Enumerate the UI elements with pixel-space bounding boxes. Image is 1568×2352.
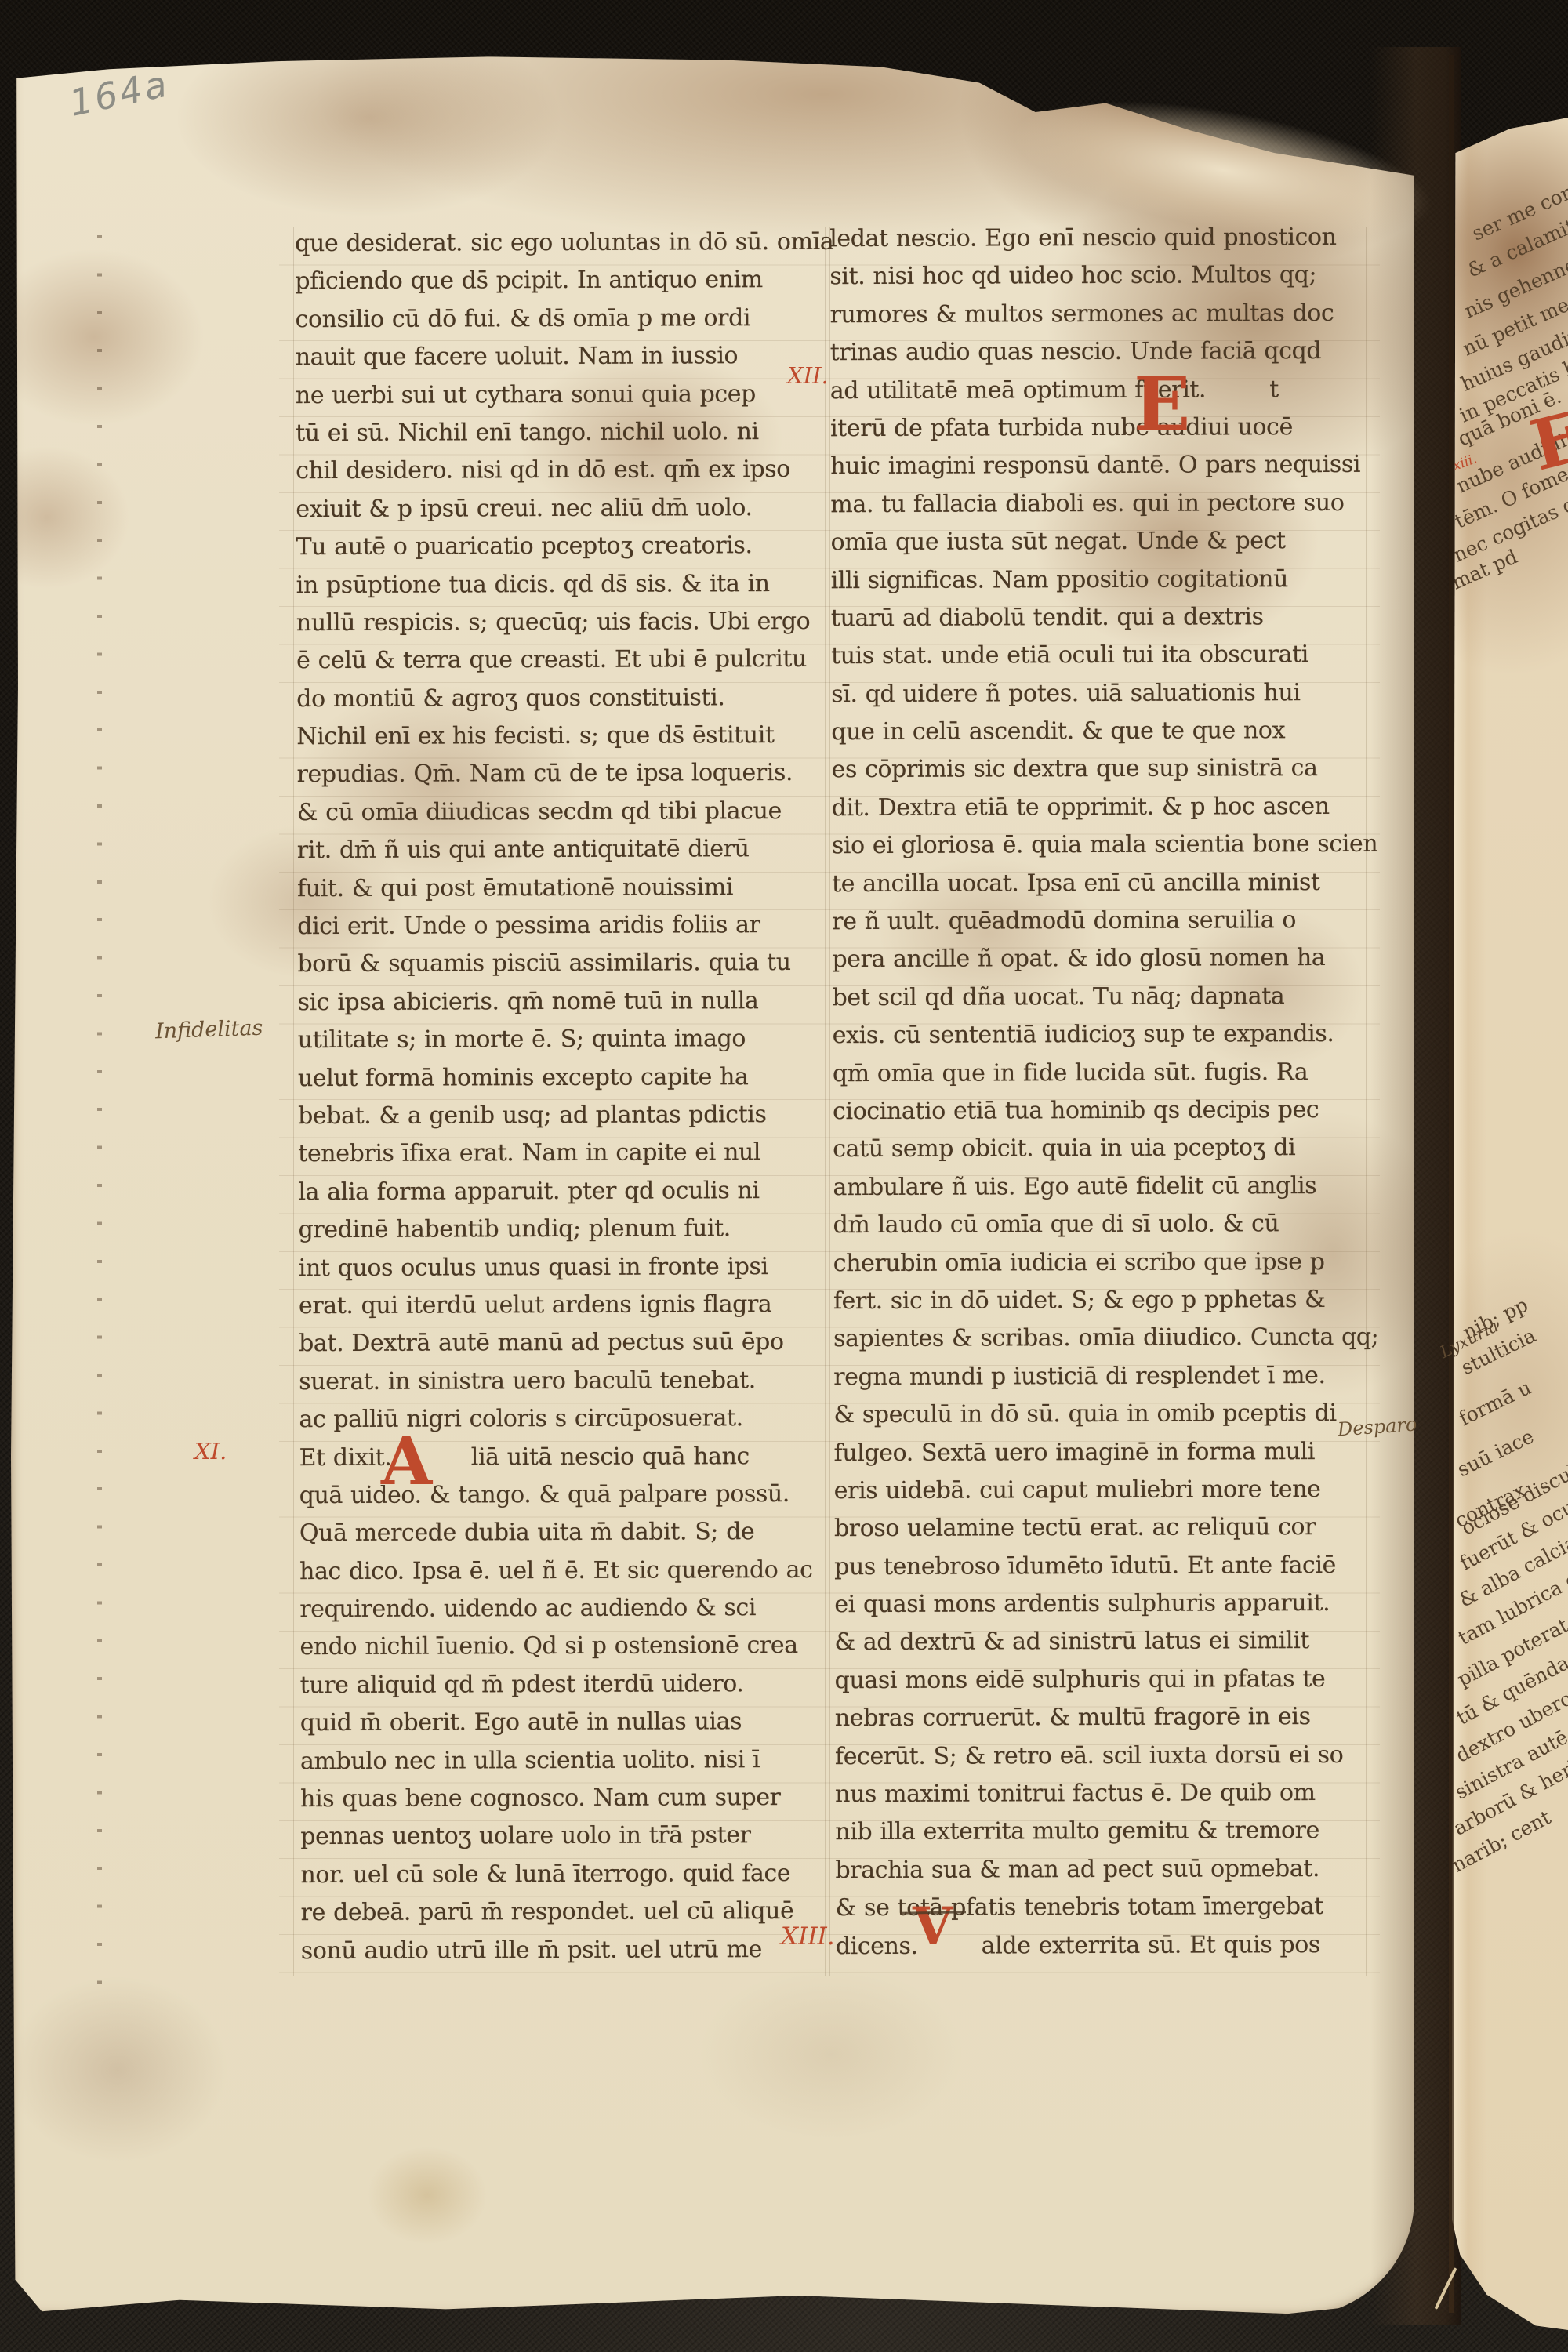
rubric-initial-a: A (381, 1428, 432, 1494)
text-line: int quos oculus unus quasi in fronte ips… (299, 1247, 829, 1287)
text-line: iterū de pfata turbida nube audiui uocē (830, 408, 1363, 448)
text-line: trinas audio quas nescio. Unde faciā qcq… (830, 332, 1363, 372)
text-line: ture aliquid qd m̄ pdest iterdū uidero. (300, 1665, 830, 1705)
gutter-shadow (1370, 47, 1461, 2325)
text-line: la alia forma apparuit. pter qd oculis n… (298, 1172, 828, 1212)
text-line: ne uerbi sui ut cythara sonui quia pcep (296, 375, 826, 415)
text-line: ledat nescio. Ego enī nescio quid pnosti… (829, 219, 1363, 259)
text-line: te ancilla uocat. Ipsa enī cū ancilla mi… (832, 863, 1365, 903)
text-line: sī. qd uidere ñ potes. uiā saluationis h… (831, 674, 1364, 714)
text-line: fert. sic in dō uidet. S; & ego p ppheta… (833, 1281, 1367, 1321)
text-line: regna mundi p iusticiā di resplendet ī m… (833, 1357, 1367, 1397)
text-line: in psūptione tua dicis. qd ds̄ sis. & it… (296, 564, 826, 604)
text-line: ambulo nec in ulla scientia uolito. nisi… (300, 1740, 830, 1780)
text-line: catū semp obicit. quia in uia pceptoʒ di (833, 1129, 1366, 1169)
text-line: sapientes & scribas. omīa diiudico. Cunc… (833, 1319, 1367, 1359)
text-line: quā uideo. & tango. & quā palpare possū. (299, 1475, 829, 1515)
text-line: nullū respicis. s; quecūq; uis facis. Ub… (296, 603, 826, 643)
text-line: bebat. & a genib usq; ad plantas pdictis (298, 1096, 828, 1136)
text-line: Tu autē o puaricatio pceptoʒ creatoris. (296, 527, 826, 567)
text-line: utilitate s; in morte ē. S; quinta imago (298, 1020, 828, 1060)
text-line: tū ei sū. Nichil enī tango. nichil uolo.… (296, 413, 826, 453)
right-page-rubric-initial-e: E (1524, 401, 1568, 481)
text-line: nor. uel cū sole & lunā īterrogo. quid f… (300, 1855, 830, 1895)
text-line: omīa que iusta sūt negat. Unde & pect (830, 522, 1363, 562)
manuscript-right-page: ser me consolare& a calamitatib;nis gehe… (1452, 118, 1568, 2330)
text-line: exis. cū sententiā iudicioʒ sup te expan… (833, 1015, 1366, 1055)
text-line: sonū audio utrū ille m̄ psit. uel utrū m… (301, 1930, 831, 1970)
text-line: sic ipsa abicieris. qm̄ nomē tuū in null… (297, 982, 827, 1022)
text-line: que in celū ascendit. & que te que nox (831, 712, 1364, 752)
text-line: & speculū in dō sū. quia in omib pceptis… (833, 1395, 1367, 1435)
text-line: ciocinatio etiā tua hominib qs decipis p… (833, 1091, 1366, 1131)
text-line: broso uelamine tectū erat. ac reliquū co… (834, 1508, 1367, 1548)
text-line: gredinē habentib undiq; plenum fuit. (299, 1210, 829, 1250)
margin-note-infidelitas: Infidelitas (155, 1016, 263, 1044)
text-line: ad utilitatē meā optimum fuerit. t (830, 370, 1363, 410)
binding-seam (1449, 55, 1454, 2313)
chapter-number-xi: XI. (194, 1438, 227, 1465)
text-column-1: que desiderat. sic ego uoluntas in dō sū… (295, 223, 831, 1970)
text-line: quid m̄ oberit. Ego autē in nullas uias (300, 1703, 830, 1743)
text-line: suerat. in sinistra uero baculū tenebat. (299, 1362, 829, 1402)
text-line: nib illa exterrita multo gemitu & tremor… (835, 1812, 1368, 1852)
text-line: ē celū & terra que creasti. Et ubi ē pul… (296, 641, 826, 681)
text-line: & ad dextrū & ad sinistrū latus ei simil… (834, 1622, 1367, 1662)
text-line: tuarū ad diabolū tendit. qui a dextris (831, 598, 1364, 638)
text-line: dici erit. Unde o pessima aridis foliis … (297, 906, 827, 946)
text-line: ma. tu fallacia diaboli es. qui in pecto… (830, 485, 1363, 524)
text-line: fuit. & qui post ēmutationē nouissimi (297, 868, 827, 908)
text-line: eris uidebā. cui caput muliebri more ten… (834, 1471, 1367, 1511)
text-line: nauit que facere uoluit. Nam in iussio (296, 337, 826, 377)
text-line: ei quasi mons ardentis sulphuris apparui… (834, 1584, 1367, 1624)
text-line: tuis stat. unde etiā oculi tui ita obscu… (831, 636, 1364, 676)
text-line: fulgeo. Sextā uero imaginē in forma muli (834, 1432, 1367, 1472)
pricking-marks (97, 235, 102, 1985)
text-line: requirendo. uidendo ac audiendo & sci (299, 1589, 829, 1629)
text-line: brachia sua & man ad pect suū opmebat. (835, 1850, 1368, 1890)
column-rule-left-1 (293, 227, 294, 1976)
text-line: fecerūt. S; & retro eā. scil iuxta dorsū… (835, 1736, 1368, 1776)
text-line: nus maximi tonitrui factus ē. De quib om (835, 1774, 1368, 1814)
text-line: tenebris īfixa erat. Nam in capite ei nu… (298, 1134, 828, 1174)
text-line: pera ancille ñ opat. & ido glosū nomen h… (832, 939, 1365, 979)
text-line: quasi mons eidē sulphuris qui in pfatas … (835, 1661, 1368, 1700)
text-line: qm̄ omīa que in fide lucida sūt. fugis. … (833, 1053, 1366, 1093)
text-line: dit. Dextra etiā te opprimit. & p hoc as… (832, 788, 1365, 828)
text-line: huic imagini responsū dantē. O pars nequ… (830, 446, 1363, 486)
text-line: rumores & multos sermones ac multas doc (829, 295, 1363, 335)
chapter-number-xii: XII. (787, 362, 829, 389)
text-line: dm̄ laudo cū omīa que di sī uolo. & cū (833, 1205, 1367, 1245)
text-line: repudias. Qm̄. Nam cū de te ipsa loqueri… (296, 754, 826, 794)
text-line: es cōprimis sic dextra que sup sinistrā … (831, 750, 1364, 789)
text-line: sit. nisi hoc qd uideo hoc scio. Multos … (829, 256, 1363, 296)
text-line: suū iace (1454, 1426, 1537, 1479)
text-line: chil desidero. nisi qd in dō est. qm̄ ex… (296, 451, 826, 491)
text-line: illi significas. Nam ppositio cogitation… (831, 560, 1364, 600)
text-line: sio ei gloriosa ē. quia mala scientia bo… (832, 826, 1365, 866)
text-line: uelut formā hominis excepto capite ha (298, 1058, 828, 1098)
text-line: hac dico. Ipsa ē. uel ñ ē. Et sic queren… (299, 1551, 829, 1591)
text-line: Quā mercede dubia uita m̄ dabit. S; de (299, 1513, 829, 1553)
text-line: do montiū & agroʒ quos constituisti. (296, 679, 826, 719)
text-line: pennas uentoʒ uolare uolo in tr̄ā pster (300, 1817, 830, 1857)
text-line: ambulare ñ uis. Ego autē fidelit cū angl… (833, 1167, 1366, 1207)
rubric-initial-v: V (913, 1900, 953, 1952)
text-line: formā u (1456, 1377, 1534, 1429)
text-column-2: ledat nescio. Ego enī nescio quid pnosti… (829, 219, 1369, 1965)
text-line: ac palliū nigri coloris s circūposuerat. (299, 1399, 829, 1439)
text-line: consilio cū dō fui. & ds̄ omīa p me ordi (295, 299, 825, 339)
text-line: bat. Dextrā autē manū ad pectus suū ēpo (299, 1323, 829, 1363)
text-line: que desiderat. sic ego uoluntas in dō sū… (295, 223, 825, 263)
chapter-number-xiii: XIII. (781, 1922, 835, 1951)
text-line: Nichil enī ex his fecisti. s; que ds̄ ēs… (296, 717, 826, 757)
text-line: pficiendo que ds̄ pcipit. In antiquo eni… (295, 261, 825, 301)
text-line: pus tenebroso īdumēto īdutū. Et ante fac… (834, 1546, 1367, 1586)
text-line: re ñ uult. quēadmodū domina seruilia o (832, 902, 1365, 942)
text-line: erat. qui iterdū uelut ardens ignis flag… (299, 1286, 829, 1326)
rubric-initial-e: E (1134, 367, 1190, 441)
text-line: his quas bene cognosco. Nam cum super (300, 1779, 830, 1819)
text-line: & cū omīa diiudicas secdm qd tibi placue (297, 793, 827, 833)
text-line: cherubin omīa iudicia ei scribo que ipse… (833, 1243, 1367, 1283)
text-line: borū & squamis pisciū assimilaris. quia … (297, 944, 827, 984)
text-line: Et dixit. liā uitā nescio quā hanc (299, 1437, 829, 1477)
text-line: re debeā. parū m̄ respondet. uel cū aliq… (301, 1893, 831, 1933)
text-line: nebras corruerūt. & multū fragorē in eis (835, 1698, 1368, 1738)
text-line: exiuit & p ipsū creui. nec aliū dm̄ uolo… (296, 489, 826, 529)
text-line: rit. dm̄ ñ uis qui ante antiquitatē dier… (297, 830, 827, 870)
text-line: endo nichil īuenio. Qd si p ostensionē c… (299, 1627, 829, 1667)
text-line: bet scil qd dña uocat. Tu nāq; dapnata (832, 978, 1365, 1018)
